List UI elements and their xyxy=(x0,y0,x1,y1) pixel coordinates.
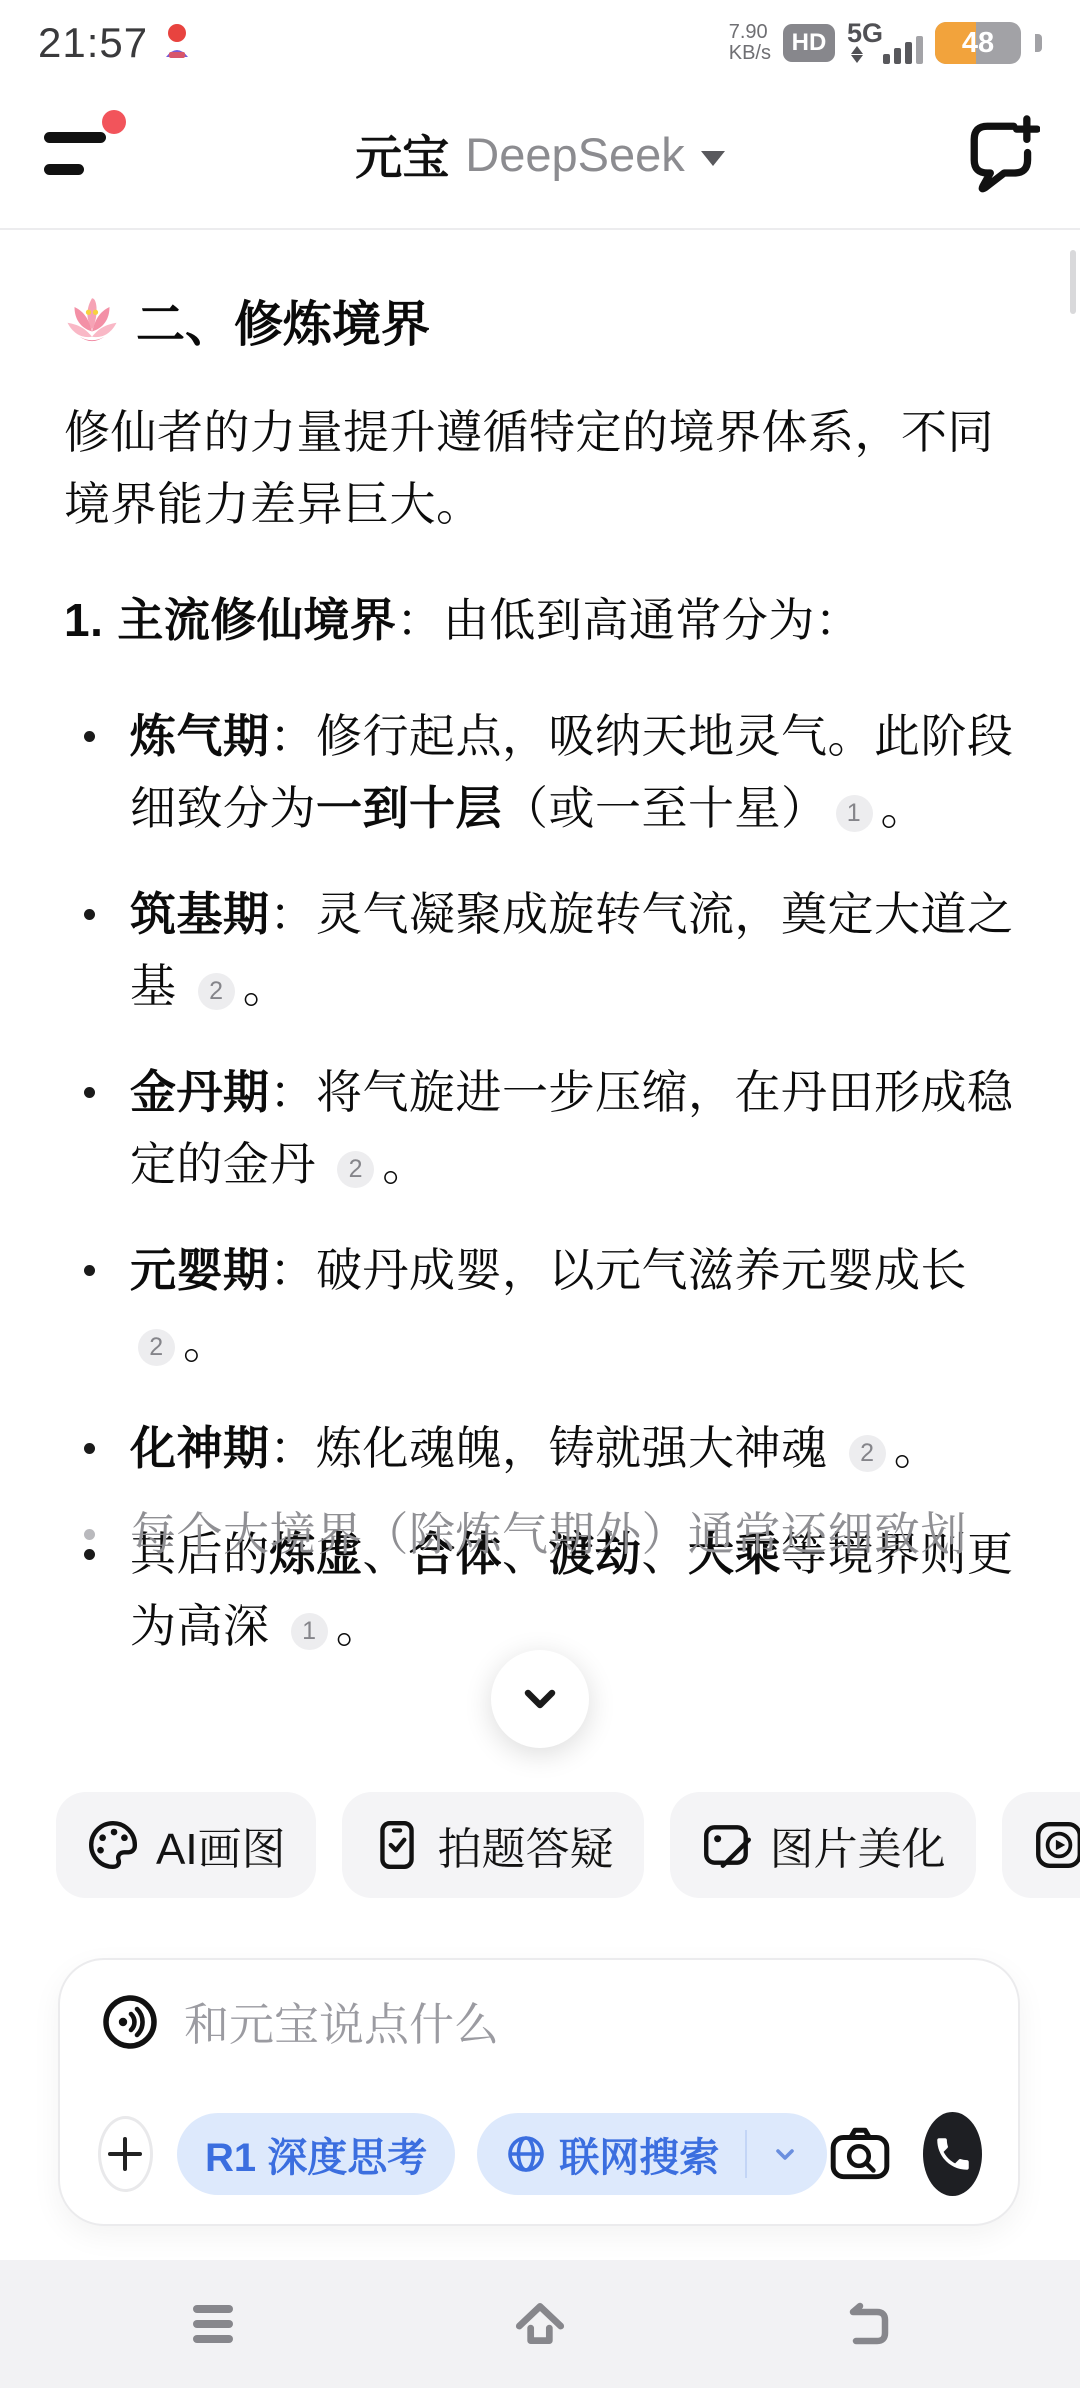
camera-search-button[interactable] xyxy=(827,2123,893,2185)
image-beautify-icon xyxy=(700,1818,754,1872)
scroll-to-bottom-button[interactable] xyxy=(491,1650,589,1748)
app-header: 元宝 DeepSeek xyxy=(0,80,1080,230)
battery-icon: 48 xyxy=(935,22,1021,64)
text-segment: （或一至十星） xyxy=(502,782,828,834)
chat-input[interactable] xyxy=(182,1998,978,2052)
nav-back-button[interactable] xyxy=(822,2279,912,2369)
app-title: 元宝 xyxy=(355,121,449,188)
item-rest: ：由低到高通常分为： xyxy=(396,594,861,646)
citation-badge[interactable]: 2 xyxy=(849,1435,886,1472)
globe-icon xyxy=(505,2133,547,2175)
quick-action-homework[interactable]: 拍题答疑 xyxy=(342,1792,644,1898)
deep-think-toggle[interactable]: R1 深度思考 xyxy=(177,2113,455,2195)
text-segment: ：破丹成婴，以元气滋养元婴成长 xyxy=(270,1244,968,1296)
camera-search-icon xyxy=(827,2123,893,2185)
bullet-dot xyxy=(84,1056,130,1200)
quick-action-label: AI画图 xyxy=(156,1813,286,1877)
item-number: 1. xyxy=(64,594,103,646)
video-play-icon xyxy=(1032,1818,1080,1872)
phone-call-icon xyxy=(932,2133,974,2175)
quick-action-photo-beautify[interactable]: 图片美化 xyxy=(670,1792,976,1898)
quick-action-label: 拍题答疑 xyxy=(438,1813,614,1877)
bullet-dot xyxy=(84,878,130,1022)
text-segment: 一到十层 xyxy=(316,782,502,834)
add-attachment-button[interactable] xyxy=(98,2116,153,2192)
quick-action-label: 图片美化 xyxy=(770,1813,946,1877)
nav-home-button[interactable] xyxy=(495,2279,585,2369)
text-segment: 金丹期 xyxy=(130,1066,270,1118)
list-item: 金丹期：将气旋进一步压缩，在丹田形成稳定的金丹 2。 xyxy=(84,1056,1022,1200)
person-emoji-icon xyxy=(160,23,194,64)
text-segment: 化神期 xyxy=(130,1422,270,1474)
scrollbar-thumb[interactable] xyxy=(1070,250,1076,314)
nav-recents-button[interactable] xyxy=(168,2279,258,2369)
section-heading-text: 二、修炼境界 xyxy=(136,286,430,356)
clock: 21:57 xyxy=(38,19,148,67)
text-segment: 。 xyxy=(894,1422,941,1474)
text-segment: 。 xyxy=(382,1138,429,1190)
item-title: 主流修仙境界 xyxy=(117,594,396,646)
menu-lines-icon xyxy=(187,2301,239,2347)
web-search-toggle[interactable]: 联网搜索 xyxy=(477,2113,827,2195)
text-segment: 。 xyxy=(183,1316,230,1368)
text-segment: 炼气期 xyxy=(130,710,270,762)
citation-badge[interactable]: 2 xyxy=(138,1329,175,1366)
web-search-label: 联网搜索 xyxy=(559,2126,719,2183)
bullet-dot xyxy=(84,700,130,844)
voice-wave-icon[interactable] xyxy=(100,1992,160,2057)
text-segment: 。 xyxy=(243,960,290,1012)
signal-5g-icon: 5G xyxy=(847,20,923,66)
lotus-icon xyxy=(64,293,120,349)
palette-icon xyxy=(86,1818,140,1872)
list-item: 元婴期：破丹成婴，以元气滋养元婴成长 2。 xyxy=(84,1234,1022,1378)
system-nav-bar xyxy=(0,2260,1080,2388)
bullet-dot xyxy=(84,1498,130,1570)
voice-call-button[interactable] xyxy=(923,2112,982,2196)
chevron-down-icon xyxy=(514,1673,566,1725)
text-segment: 筑基期 xyxy=(130,888,270,940)
text-segment: 。 xyxy=(336,1600,383,1652)
intro-paragraph: 修仙者的力量提升遵循特定的境界体系，不同境界能力差异巨大。 xyxy=(64,396,1022,540)
capture-check-icon xyxy=(372,1818,422,1872)
quick-action-video[interactable]: 人 xyxy=(1002,1792,1080,1898)
back-icon xyxy=(840,2301,894,2347)
citation-badge[interactable]: 1 xyxy=(291,1613,328,1650)
network-speed: 7.90 KB/s xyxy=(729,22,771,64)
new-chat-button[interactable] xyxy=(964,114,1040,194)
caret-down-icon xyxy=(701,151,725,166)
plus-icon xyxy=(105,2134,145,2174)
list-item: 炼气期：修行起点，吸纳天地灵气。此阶段细致分为一到十层（或一至十星）1。 xyxy=(84,700,1022,844)
home-icon xyxy=(511,2299,569,2349)
citation-badge[interactable]: 1 xyxy=(836,795,873,832)
app-screen: 21:57 7.90 KB/s HD 5G 48 xyxy=(0,0,1080,2388)
text-segment: 。 xyxy=(881,782,928,834)
quick-actions-row: AI画图 拍题答疑 图片美化 人 xyxy=(0,1792,1080,1898)
pill-divider xyxy=(745,2130,747,2178)
faded-text: 每个大境界（除炼气期外）通常还细致划 xyxy=(130,1498,967,1570)
hd-badge-icon: HD xyxy=(783,24,835,62)
bullet-dot xyxy=(84,1412,130,1484)
citation-badge[interactable]: 2 xyxy=(198,973,235,1010)
faded-list-item: 每个大境界（除炼气期外）通常还细致划 xyxy=(84,1498,1040,1570)
numbered-item: 1.主流修仙境界：由低到高通常分为： xyxy=(64,584,1022,656)
bullet-dot xyxy=(84,1234,130,1378)
deep-think-label: R1 深度思考 xyxy=(205,2126,427,2183)
section-heading: 二、修炼境界 xyxy=(64,286,1022,356)
chat-input-card: R1 深度思考 联网搜索 xyxy=(58,1958,1020,2226)
model-name: DeepSeek xyxy=(465,127,685,182)
quick-action-ai-draw[interactable]: AI画图 xyxy=(56,1792,316,1898)
battery-nub xyxy=(1035,34,1042,52)
citation-badge[interactable]: 2 xyxy=(337,1151,374,1188)
new-chat-icon xyxy=(964,114,1040,194)
chevron-down-icon xyxy=(771,2140,799,2168)
text-segment: 元婴期 xyxy=(130,1244,270,1296)
list-item: 化神期：炼化魂魄，铸就强大神魂 2。 xyxy=(84,1412,1022,1484)
status-bar: 21:57 7.90 KB/s HD 5G 48 xyxy=(0,0,1080,80)
list-item: 筑基期：灵气凝聚成旋转气流，奠定大道之基 2。 xyxy=(84,878,1022,1022)
text-segment: ：炼化魂魄，铸就强大神魂 xyxy=(270,1422,841,1474)
title-model-selector[interactable]: 元宝 DeepSeek xyxy=(0,80,1080,228)
